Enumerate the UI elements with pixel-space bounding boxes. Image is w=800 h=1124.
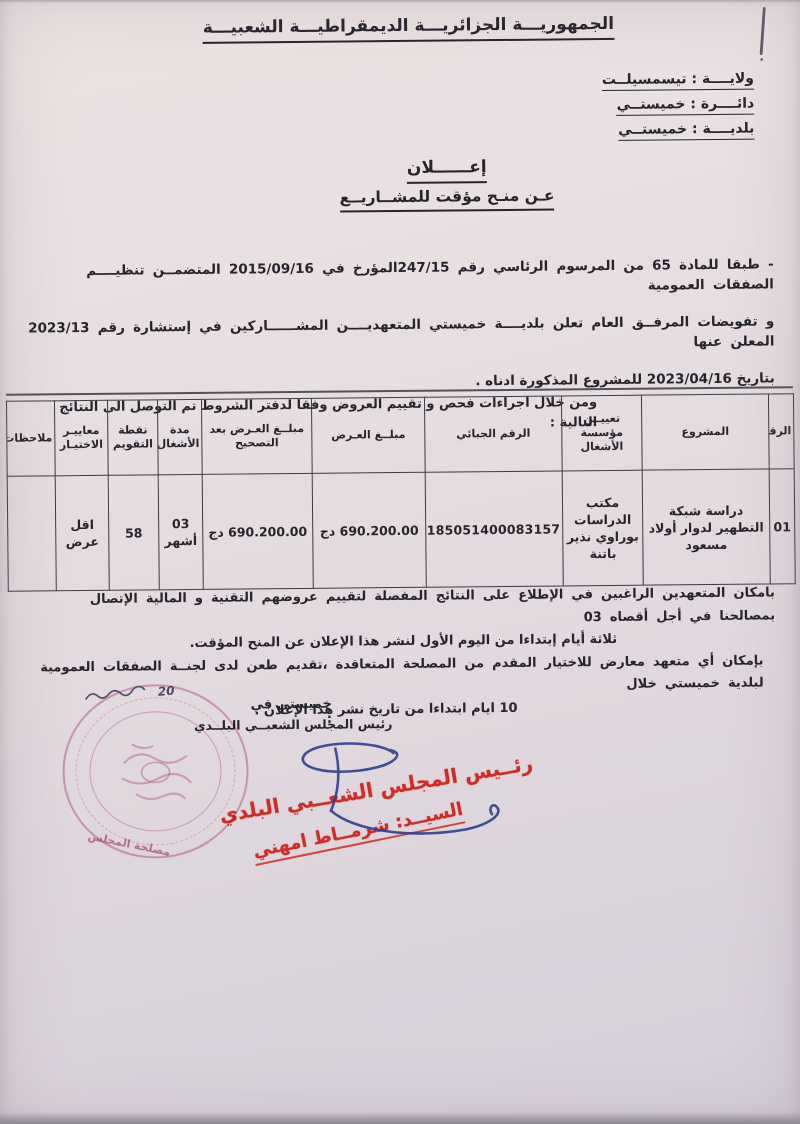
scan-edge-top: [0, 0, 800, 3]
col-header-project: المشروع: [641, 394, 769, 470]
title-line2: عـن منـح مؤقت للمشــاريــع: [297, 186, 597, 213]
cell-firm: مكتب الدراسات بوراوي نذير باتنة: [562, 470, 643, 586]
republic-header-text: الجمهوريـــة الجزائريـــة الديمقراطيـــة…: [203, 14, 614, 44]
cell-offer-amount: 690.200.00 دج: [312, 472, 426, 588]
col-header-tax-id: الرقم الجبائي: [424, 396, 562, 472]
commune-line: بلديــــة : خميستــي: [602, 121, 754, 141]
announcement-title: إعــــــلان عـن منـح مؤقت للمشــاريــع: [297, 156, 598, 213]
intro-line1: - طبقا للمادة 65 من المرسوم الرئاسي رقم …: [26, 254, 774, 301]
col-header-offer-amount: مبلــغ العـرض: [311, 397, 425, 473]
col-header-firm: تعييــن مؤسسة الأشغال: [561, 395, 642, 471]
table-row: 01 دراسة شبكة التطهير لدوار أولاد مسعود …: [7, 469, 795, 592]
col-header-criteria: معاييـر الاختيـار: [54, 400, 108, 476]
title-line1: إعــــــلان: [297, 156, 597, 185]
results-table: الرقم المشروع تعييــن مؤسسة الأشغال الرق…: [6, 393, 796, 592]
col-header-duration: مدة الأشغال: [157, 399, 202, 474]
col-header-number: الرقم: [768, 394, 794, 469]
stamp-inner-ring: [89, 711, 222, 832]
daira-line: دائــــرة : خميستــي: [602, 96, 754, 116]
cell-project: دراسة شبكة التطهير لدوار أولاد مسعود: [642, 469, 770, 585]
cell-tax-id: 185051400083157: [425, 471, 563, 587]
cell-criteria: اقل عرض: [55, 475, 109, 591]
cell-corrected-amount: 690.200.00 دج: [202, 473, 313, 589]
scan-edge-bottom: [0, 1112, 800, 1124]
republic-header: الجمهوريـــة الجزائريـــة الديمقراطيـــة…: [173, 14, 643, 45]
cell-score: 58: [108, 475, 159, 590]
cell-duration: 03 أشهر: [158, 474, 203, 589]
handwritten-number: 20: [157, 684, 175, 699]
intro-line2: و تفويضات المرفــق العام تعلن بلديــــة …: [26, 311, 774, 358]
col-header-corrected-amount: مبلــغ العـرض بعد التصحيح: [201, 398, 312, 474]
col-header-score: نقطة التقويم: [107, 400, 158, 475]
scanned-announcement-page: { "header": { "republic": "الجمهوريـــة …: [0, 0, 800, 1124]
document-sheet: الجمهوريـــة الجزائريـــة الديمقراطيـــة…: [0, 0, 800, 1124]
table-header-row: الرقم المشروع تعييــن مؤسسة الأشغال الرق…: [6, 394, 794, 477]
round-official-stamp: مصلحة المجلس: [62, 683, 250, 859]
cell-remarks: [7, 476, 56, 591]
wilaya-line: ولايــــة : تيسمسيلــت: [602, 71, 754, 91]
col-header-remarks: ملاحظات: [6, 401, 55, 476]
admin-block: ولايــــة : تيسمسيلــت دائــــرة : خميست…: [602, 71, 755, 147]
pen-mark-top-right: [760, 8, 765, 60]
notes-line1: بامكان المتعهدين الراغبين في الإطلاع على…: [31, 582, 775, 634]
cell-number: 01: [769, 469, 795, 584]
